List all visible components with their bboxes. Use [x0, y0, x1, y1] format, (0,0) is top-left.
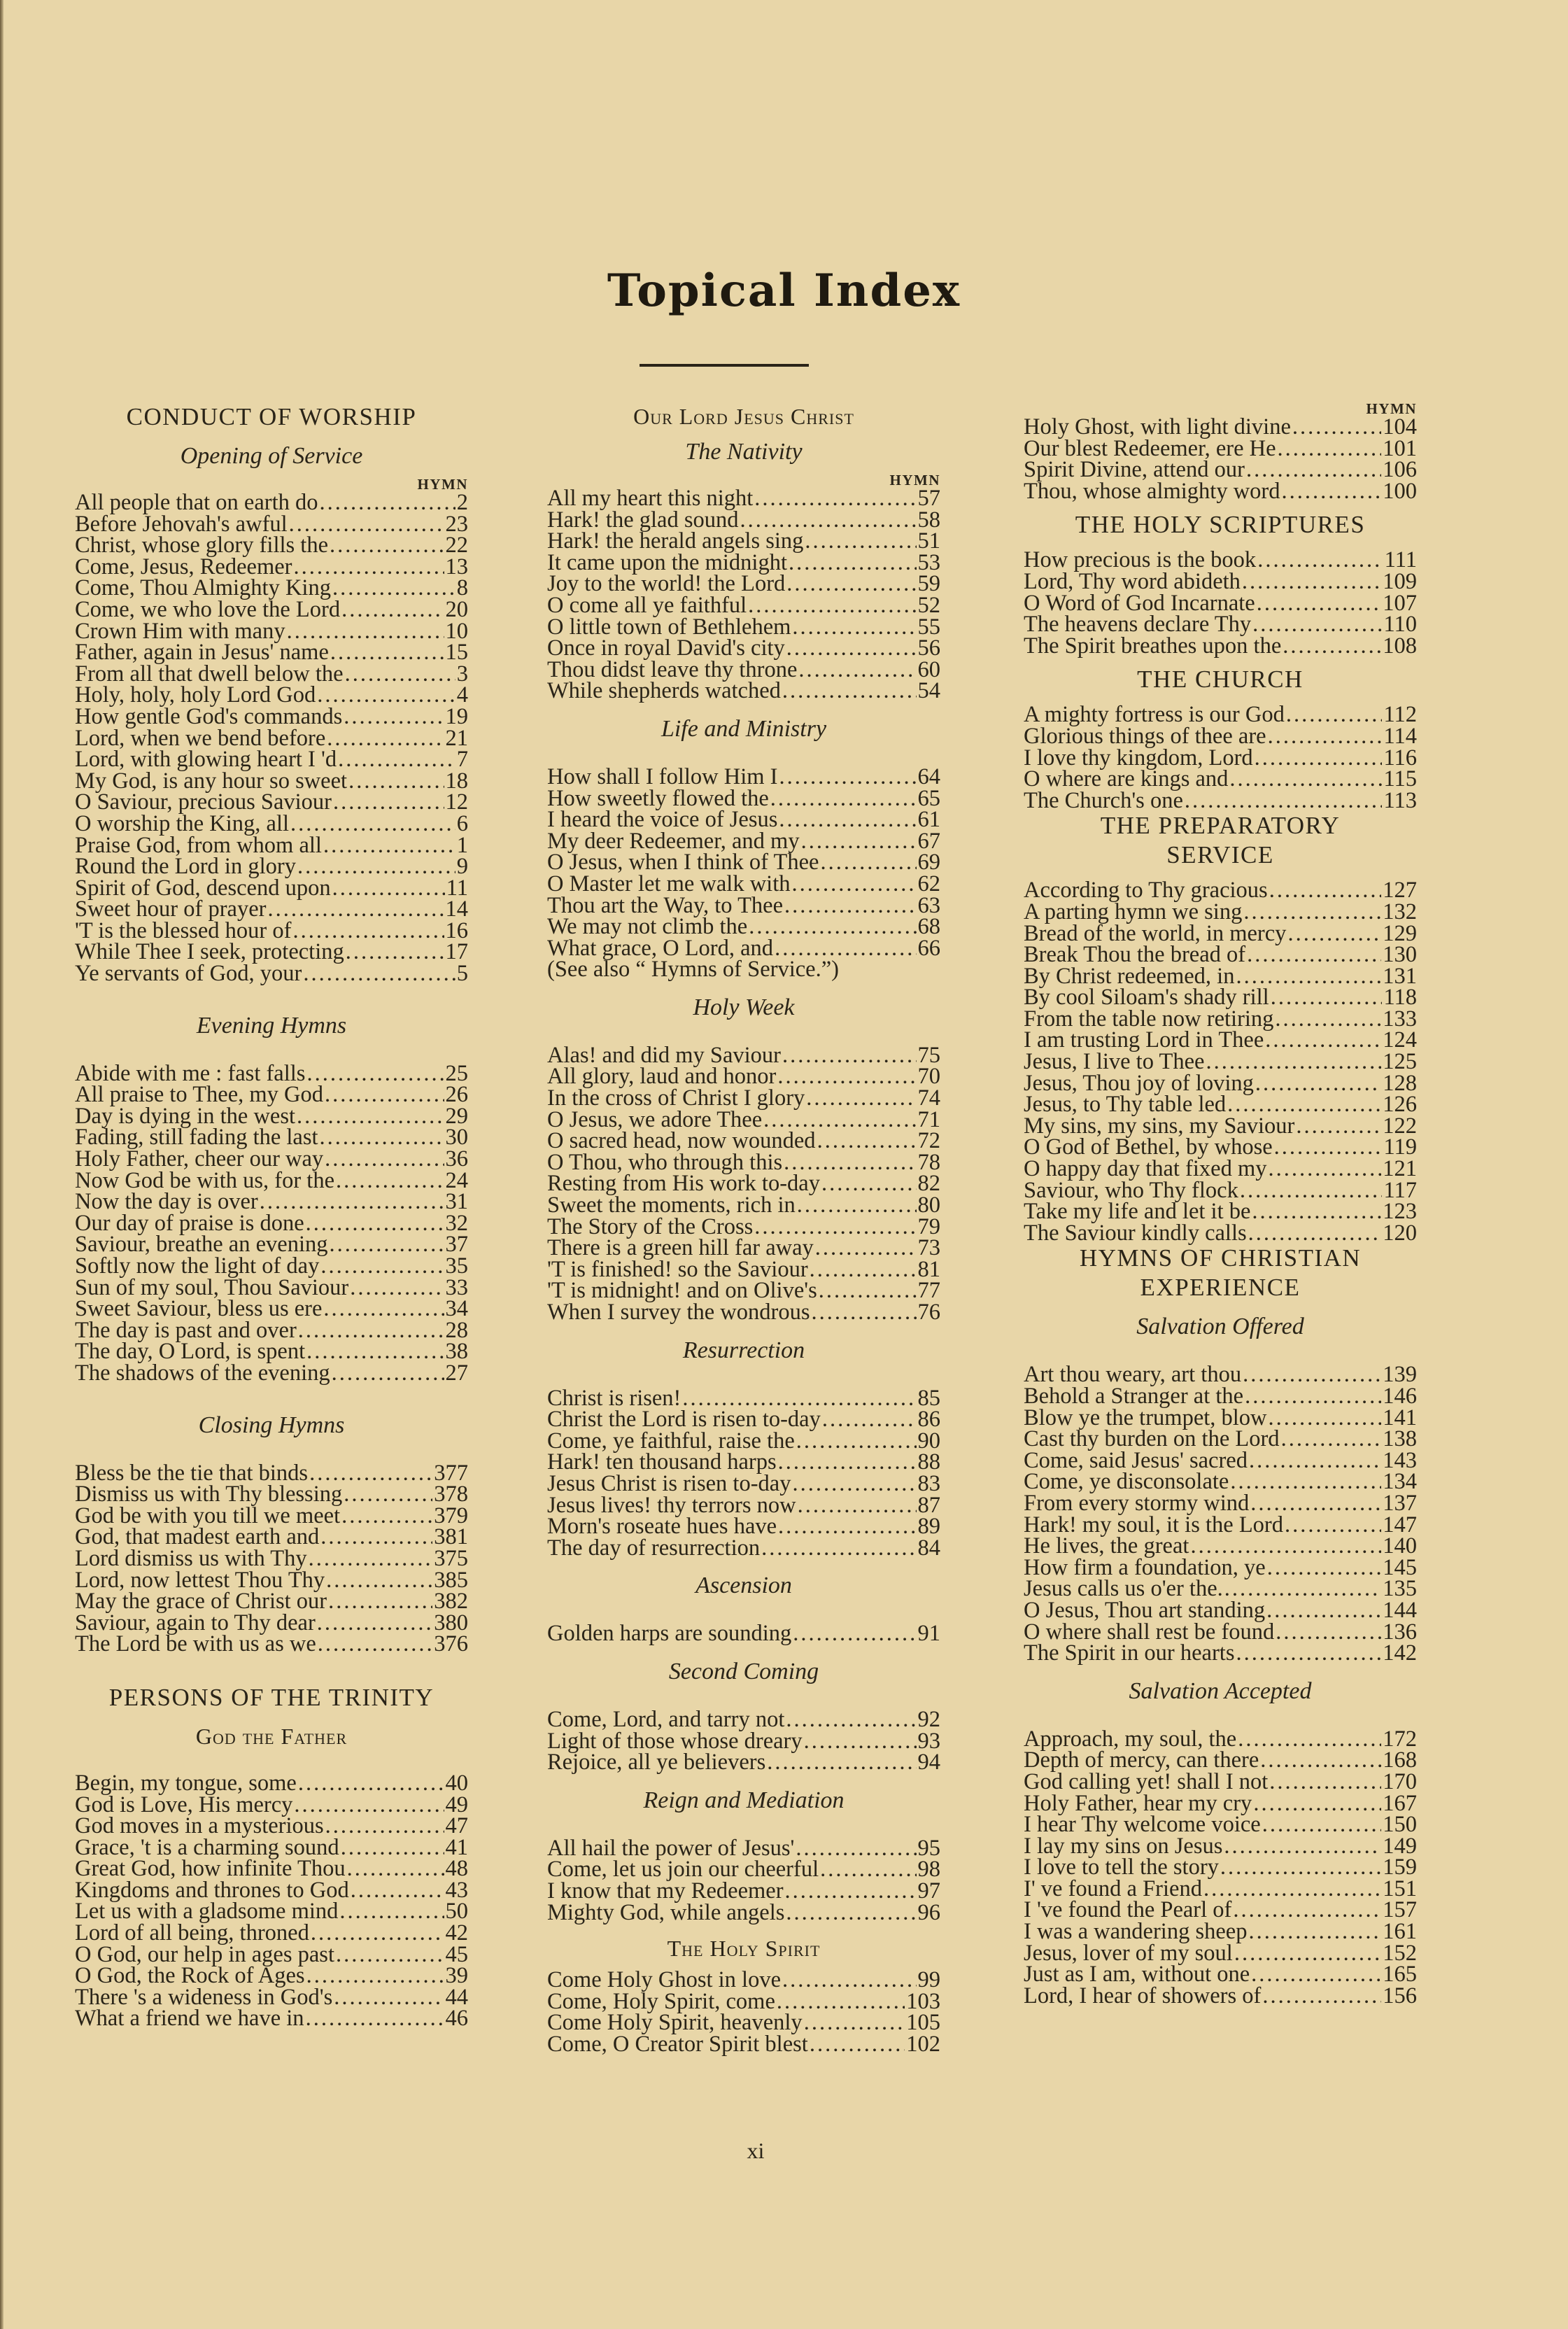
hymn-title: Lord, I hear of showers of [1024, 1985, 1261, 2007]
index-entry[interactable]: Hark! ten thousand harps88 [547, 1451, 940, 1473]
index-entry[interactable]: Bread of the world, in mercy129 [1024, 923, 1417, 945]
hymn-number: 83 [918, 1473, 941, 1495]
index-entry[interactable]: All glory, laud and honor70 [547, 1066, 940, 1088]
hymn-number: 27 [446, 1363, 469, 1384]
index-entry[interactable]: My deer Redeemer, and my67 [547, 831, 940, 852]
hymn-number: 135 [1383, 1578, 1417, 1600]
dot-leader [682, 1388, 916, 1409]
index-entry[interactable]: I lay my sins on Jesus149 [1024, 1836, 1417, 1857]
index-entry[interactable]: Our blest Redeemer, ere He101 [1024, 438, 1417, 460]
index-entry[interactable]: Come, ye disconsolate134 [1024, 1471, 1417, 1493]
hymn-title: Bread of the world, in mercy [1024, 923, 1286, 945]
hymn-title: Just as I am, without one [1024, 1964, 1250, 1985]
index-entry[interactable]: Jesus calls us o'er the.135 [1024, 1578, 1417, 1600]
index-entry[interactable]: Resting from His work to-day82 [547, 1173, 940, 1195]
index-entry[interactable]: Come, Jesus, Redeemer13 [75, 556, 468, 578]
hymn-title: Christ the Lord is risen to-day [547, 1409, 821, 1430]
hymn-title: All people that on earth do [75, 492, 318, 514]
index-entry[interactable]: The Spirit breathes upon the108 [1024, 635, 1417, 657]
dot-leader [309, 1463, 432, 1484]
dot-leader [1252, 1201, 1381, 1223]
index-entry[interactable]: Hark! the glad sound58 [547, 509, 940, 531]
index-entry[interactable]: From every stormy wind137 [1024, 1493, 1417, 1514]
index-entry[interactable]: God, that madest earth and381 [75, 1526, 468, 1548]
hymn-number: 12 [446, 791, 469, 813]
index-entry[interactable]: All people that on earth do2 [75, 492, 468, 514]
hymn-title: Sweet hour of prayer [75, 899, 266, 920]
section-heading: THE HOLY SCRIPTURES [1024, 510, 1417, 540]
index-entry[interactable]: I am trusting Lord in Thee124 [1024, 1029, 1417, 1051]
index-entry[interactable]: Once in royal David's city56 [547, 638, 940, 659]
dot-leader [779, 766, 916, 788]
index-entry[interactable]: 'T is the blessed hour of16 [75, 920, 468, 942]
index-entry[interactable]: I' ve found a Friend151 [1024, 1878, 1417, 1900]
hymn-number: 385 [434, 1570, 468, 1591]
hymn-title: Saviour, again to Thy dear [75, 1612, 316, 1634]
index-entry[interactable]: Sweet Saviour, bless us ere34 [75, 1298, 468, 1320]
index-entry[interactable]: Softly now the light of day35 [75, 1255, 468, 1277]
hymn-title: 'T is the blessed hour of [75, 920, 291, 942]
index-entry[interactable]: There is a green hill far away73 [547, 1237, 940, 1259]
hymn-title: Morn's roseate hues have [547, 1516, 777, 1538]
entry-list: Alas! and did my Saviour75All glory, lau… [547, 1045, 940, 1323]
dot-leader [822, 1409, 917, 1430]
hymn-number: 72 [918, 1130, 941, 1152]
index-entry[interactable]: Sweet hour of prayer14 [75, 899, 468, 920]
index-entry[interactable]: Thou, whose almighty word100 [1024, 481, 1417, 502]
hymn-title: O Jesus, when I think of Thee [547, 852, 819, 873]
hymn-title: Now the day is over [75, 1191, 258, 1213]
hymn-number: 42 [446, 1922, 469, 1944]
index-entry[interactable]: God be with you till we meet379 [75, 1505, 468, 1527]
index-entry[interactable]: May the grace of Christ our382 [75, 1591, 468, 1612]
dot-leader [341, 1505, 432, 1527]
index-entry[interactable]: The day of resurrection84 [547, 1538, 940, 1559]
index-entry[interactable]: Kingdoms and thrones to God43 [75, 1880, 468, 1901]
hymn-number: 94 [918, 1752, 941, 1773]
index-entry[interactable]: Day is dying in the west29 [75, 1106, 468, 1127]
hymn-title: Joy to the world! the Lord [547, 573, 785, 595]
hymn-number: 101 [1383, 438, 1417, 460]
hymn-number: 102 [906, 2034, 940, 2055]
hymn-title: God calling yet! shall I not [1024, 1771, 1268, 1793]
dot-leader [1260, 1750, 1381, 1771]
index-entry[interactable]: Lord, now lettest Thou Thy385 [75, 1570, 468, 1591]
index-entry[interactable]: I heard the voice of Jesus61 [547, 809, 940, 831]
index-entry[interactable]: O where shall rest be found136 [1024, 1621, 1417, 1643]
subsection-heading: Closing Hymns [75, 1411, 468, 1440]
section-heading: THE CHURCH [1024, 665, 1417, 694]
index-entry[interactable]: Holy Father, hear my cry167 [1024, 1793, 1417, 1815]
index-entry[interactable]: How precious is the book111 [1024, 549, 1417, 571]
hymn-number: 1 [457, 835, 468, 857]
hymn-number: 98 [918, 1859, 941, 1880]
subsection-heading: Salvation Offered [1024, 1312, 1417, 1342]
index-entry[interactable]: God calling yet! shall I not170 [1024, 1771, 1417, 1793]
hymn-number: 139 [1383, 1364, 1417, 1386]
dot-leader [1296, 1116, 1381, 1137]
index-entry[interactable]: Hark! the herald angels sing51 [547, 530, 940, 552]
index-entry[interactable]: Jesus, Thou joy of loving128 [1024, 1073, 1417, 1095]
index-entry[interactable]: Come, said Jesus' sacred143 [1024, 1450, 1417, 1472]
index-entry[interactable]: Before Jehovah's awful23 [75, 514, 468, 535]
index-entry[interactable]: 'T is midnight! and on Olive's77 [547, 1280, 940, 1302]
dot-leader [819, 1280, 917, 1302]
hymn-number: 124 [1383, 1029, 1417, 1051]
hymn-number: 52 [918, 595, 941, 617]
index-entry[interactable]: Holy Ghost, with light divine104 [1024, 416, 1417, 438]
index-entry[interactable]: It came upon the midnight53 [547, 552, 940, 574]
dot-leader [1281, 481, 1381, 502]
hymn-number: 170 [1383, 1771, 1417, 1793]
dot-leader [1249, 1450, 1381, 1472]
index-entry[interactable]: Sweet the moments, rich in80 [547, 1195, 940, 1216]
index-entry[interactable]: The Church's one113 [1024, 790, 1417, 812]
dot-leader [326, 1570, 432, 1591]
index-entry[interactable]: Saviour, breathe an evening37 [75, 1234, 468, 1255]
hymn-number: 63 [918, 895, 941, 917]
index-entry[interactable]: Bless be the tie that binds377 [75, 1463, 468, 1484]
hymn-title: The Lord be with us as we [75, 1633, 316, 1655]
index-entry[interactable]: Take my life and let it be123 [1024, 1201, 1417, 1223]
dot-leader [317, 684, 455, 706]
index-entry[interactable]: Come Holy Spirit, heavenly105 [547, 2012, 940, 2034]
index-entry[interactable]: He lives, the great140 [1024, 1535, 1417, 1557]
hymn-number: 381 [434, 1526, 468, 1548]
index-entry[interactable]: Hark! my soul, it is the Lord147 [1024, 1514, 1417, 1536]
dot-leader [306, 1341, 444, 1363]
index-entry[interactable]: My sins, my sins, my Saviour122 [1024, 1116, 1417, 1137]
hymn-number: 125 [1383, 1051, 1417, 1073]
index-entry[interactable]: O Saviour, precious Saviour12 [75, 791, 468, 813]
index-entry[interactable]: How gentle God's commands19 [75, 706, 468, 728]
dot-leader [1248, 1921, 1381, 1943]
hymn-number: 54 [918, 680, 941, 702]
hymn-number: 91 [918, 1623, 941, 1645]
hymn-title: O worship the King, all [75, 813, 289, 835]
index-entry[interactable]: Lord dismiss us with Thy375 [75, 1548, 468, 1570]
index-entry[interactable]: Jesus, to Thy table led126 [1024, 1094, 1417, 1116]
dot-leader [1269, 880, 1382, 901]
index-entry[interactable]: My God, is any hour so sweet18 [75, 771, 468, 792]
index-entry[interactable]: I 've found the Pearl of157 [1024, 1899, 1417, 1921]
hymn-number: 41 [446, 1837, 469, 1859]
index-entry[interactable]: Great God, how infinite Thou48 [75, 1858, 468, 1880]
index-entry[interactable]: Lord of all being, throned42 [75, 1922, 468, 1944]
dot-leader [1242, 571, 1381, 593]
index-entry[interactable]: O God of Bethel, by whose119 [1024, 1137, 1417, 1158]
hymn-title: Holy, holy, holy Lord God [75, 684, 316, 706]
index-entry[interactable]: Lord, when we bend before21 [75, 728, 468, 750]
dot-leader [341, 1837, 444, 1859]
hymn-number: 75 [918, 1045, 941, 1067]
dot-leader [820, 1859, 916, 1880]
index-entry[interactable]: How firm a foundation, ye145 [1024, 1557, 1417, 1579]
index-entry[interactable]: While Thee I seek, protecting17 [75, 941, 468, 963]
index-entry[interactable]: Art thou weary, art thou139 [1024, 1364, 1417, 1386]
hymn-number: 20 [446, 599, 469, 621]
hymn-number: 39 [446, 1965, 469, 1987]
index-entry[interactable]: All hail the power of Jesus'95 [547, 1838, 940, 1859]
index-entry[interactable]: Just as I am, without one165 [1024, 1964, 1417, 1985]
hymn-number: 58 [918, 509, 941, 531]
dot-leader [332, 878, 445, 899]
index-entry[interactable]: How sweetly flowed the65 [547, 788, 940, 810]
index-entry[interactable]: Holy Father, cheer our way36 [75, 1148, 468, 1170]
index-entry[interactable]: The shadows of the evening27 [75, 1363, 468, 1384]
hymn-number: 80 [918, 1195, 941, 1216]
hymn-title: Come, Jesus, Redeemer [75, 556, 292, 578]
index-entry[interactable]: O Word of God Incarnate107 [1024, 593, 1417, 614]
index-entry[interactable]: Lord, Thy word abideth109 [1024, 571, 1417, 593]
index-entry[interactable]: O where are kings and115 [1024, 768, 1417, 790]
index-entry[interactable]: Come, Thou Almighty King8 [75, 577, 468, 599]
hymn-title: The Story of the Cross [547, 1216, 753, 1238]
hymn-title: Once in royal David's city [547, 638, 785, 659]
hymn-title: Approach, my soul, the [1024, 1729, 1236, 1750]
index-entry[interactable]: The Spirit in our hearts142 [1024, 1642, 1417, 1664]
hymn-number: 165 [1383, 1964, 1417, 1985]
dot-leader [341, 599, 444, 621]
index-entry[interactable]: Our day of praise is done32 [75, 1213, 468, 1234]
index-entry[interactable]: What a friend we have in46 [75, 2008, 468, 2029]
index-entry[interactable]: Thou art the Way, to Thee63 [547, 895, 940, 917]
hymn-number: 49 [446, 1794, 469, 1816]
index-entry[interactable]: 'T is finished! so the Saviour81 [547, 1259, 940, 1281]
index-entry[interactable]: O Jesus, Thou art standing144 [1024, 1600, 1417, 1621]
index-entry[interactable]: O sacred head, now wounded72 [547, 1130, 940, 1152]
dot-leader [806, 1088, 916, 1109]
index-entry[interactable]: Saviour, again to Thy dear380 [75, 1612, 468, 1634]
index-entry[interactable]: Golden harps are sounding91 [547, 1623, 940, 1645]
hymn-title: Holy Ghost, with light divine [1024, 416, 1291, 438]
hymn-title: Great God, how infinite Thou [75, 1858, 346, 1880]
hymn-title: Thou didst leave thy throne [547, 659, 797, 681]
index-entry[interactable]: Mighty God, while angels96 [547, 1902, 940, 1924]
index-entry[interactable]: O little town of Bethlehem55 [547, 617, 940, 638]
hymn-title: Cast thy burden on the Lord [1024, 1428, 1280, 1450]
index-entry[interactable]: Rejoice, all ye believers94 [547, 1752, 940, 1773]
index-entry[interactable]: Blow ye the trumpet, blow141 [1024, 1407, 1417, 1429]
hymn-number: 108 [1383, 635, 1417, 657]
hymn-title: Dismiss us with Thy blessing [75, 1484, 342, 1505]
index-entry[interactable]: All praise to Thee, my God26 [75, 1084, 468, 1106]
hymn-number: 14 [446, 899, 469, 920]
index-entry[interactable]: I hear Thy welcome voice150 [1024, 1814, 1417, 1836]
dot-leader [311, 1922, 444, 1944]
index-entry[interactable]: Morn's roseate hues have89 [547, 1516, 940, 1538]
dot-leader [792, 617, 916, 638]
index-entry[interactable]: The day is past and over28 [75, 1320, 468, 1342]
index-entry[interactable]: Dismiss us with Thy blessing378 [75, 1484, 468, 1505]
index-entry[interactable]: While shepherds watched54 [547, 680, 940, 702]
index-entry[interactable]: From the table now retiring133 [1024, 1008, 1417, 1030]
index-entry[interactable]: Come, Lord, and tarry not92 [547, 1709, 940, 1731]
index-entry[interactable]: Come, ye faithful, raise the90 [547, 1430, 940, 1452]
index-entry[interactable]: Spirit Divine, attend our106 [1024, 459, 1417, 481]
index-entry[interactable]: Behold a Stranger at the146 [1024, 1386, 1417, 1407]
hymn-number: 126 [1383, 1094, 1417, 1116]
index-entry[interactable]: O come all ye faithful52 [547, 595, 940, 617]
index-entry[interactable]: Come, let us join our cheerful98 [547, 1859, 940, 1880]
hymn-number: 92 [918, 1709, 941, 1731]
index-entry[interactable]: Fading, still fading the last30 [75, 1127, 468, 1148]
index-entry[interactable]: All my heart this night57 [547, 488, 940, 509]
dot-leader [318, 1633, 432, 1655]
index-entry[interactable]: Thou didst leave thy throne60 [547, 659, 940, 681]
index-entry[interactable]: Christ is risen!85 [547, 1388, 940, 1409]
dot-leader [348, 771, 444, 792]
index-entry[interactable]: We may not climb the68 [547, 916, 940, 938]
index-entry[interactable]: The Lord be with us as we376 [75, 1633, 468, 1655]
index-entry[interactable]: What grace, O Lord, and66 [547, 938, 940, 959]
index-entry[interactable]: Jesus, I live to Thee125 [1024, 1051, 1417, 1073]
index-entry[interactable]: Cast thy burden on the Lord138 [1024, 1428, 1417, 1450]
hymn-number: 68 [918, 916, 941, 938]
index-entry[interactable]: A parting hymn we sing132 [1024, 901, 1417, 923]
index-entry[interactable]: By cool Siloam's shady rill118 [1024, 987, 1417, 1008]
dot-leader [289, 514, 444, 535]
index-entry[interactable]: Father, again in Jesus' name15 [75, 642, 468, 663]
index-entry[interactable]: Spirit of God, descend upon11 [75, 878, 468, 899]
index-entry[interactable]: Light of those whose dreary93 [547, 1731, 940, 1752]
hymn-title: O Saviour, precious Saviour [75, 791, 332, 813]
index-entry[interactable]: O Jesus, when I think of Thee69 [547, 852, 940, 873]
hymn-title: O God, the Rock of Ages [75, 1965, 305, 1987]
index-entry[interactable]: Jesus, lover of my soul152 [1024, 1943, 1417, 1964]
index-entry[interactable]: In the cross of Christ I glory74 [547, 1088, 940, 1109]
index-entry[interactable]: O God, the Rock of Ages39 [75, 1965, 468, 1987]
index-entry[interactable]: O Jesus, we adore Thee71 [547, 1109, 940, 1131]
index-entry[interactable]: Alas! and did my Saviour75 [547, 1045, 940, 1067]
index-entry[interactable]: Jesus Christ is risen to-day83 [547, 1473, 940, 1495]
index-entry[interactable]: The day, O Lord, is spent38 [75, 1341, 468, 1363]
index-entry[interactable]: Joy to the world! the Lord59 [547, 573, 940, 595]
index-entry[interactable]: Jesus lives! thy terrors now87 [547, 1495, 940, 1517]
index-entry[interactable]: A mighty fortress is our God112 [1024, 704, 1417, 726]
index-entry[interactable]: I was a wandering sheep161 [1024, 1921, 1417, 1943]
index-entry[interactable]: I know that my Redeemer97 [547, 1880, 940, 1902]
hymn-title: 'T is finished! so the Saviour [547, 1259, 808, 1281]
subsection-heading: Life and Ministry [547, 715, 940, 744]
index-entry[interactable]: According to Thy gracious127 [1024, 880, 1417, 901]
index-entry[interactable]: I love thy kingdom, Lord116 [1024, 747, 1417, 769]
index-entry[interactable]: Begin, my tongue, some40 [75, 1773, 468, 1794]
dot-leader [1257, 549, 1383, 571]
hymn-title: I lay my sins on Jesus [1024, 1836, 1222, 1857]
index-entry[interactable]: Lord, with glowing heart I 'd7 [75, 749, 468, 771]
index-entry[interactable]: There 's a wideness in God's44 [75, 1987, 468, 2008]
hymn-title: Crown Him with many [75, 621, 285, 642]
index-entry[interactable]: Come Holy Ghost in love99 [547, 1969, 940, 1991]
index-entry[interactable]: Saviour, who Thy flock117 [1024, 1180, 1417, 1202]
index-entry[interactable]: Break Thou the bread of130 [1024, 944, 1417, 966]
index-entry[interactable]: Round the Lord in glory9 [75, 856, 468, 878]
dot-leader [292, 920, 444, 942]
hymn-title: Jesus lives! thy terrors now [547, 1495, 796, 1517]
index-entry[interactable]: Now God be with us, for the24 [75, 1170, 468, 1192]
index-entry[interactable]: Sun of my soul, Thou Saviour33 [75, 1277, 468, 1299]
index-entry[interactable]: Praise God, from whom all1 [75, 835, 468, 857]
index-entry[interactable]: The Story of the Cross79 [547, 1216, 940, 1238]
index-entry[interactable]: Come, Holy Spirit, come103 [547, 1991, 940, 2013]
dot-leader [786, 1709, 916, 1731]
dot-leader [320, 1526, 432, 1548]
index-entry[interactable]: God moves in a mysterious47 [75, 1815, 468, 1837]
index-entry[interactable]: By Christ redeemed, in131 [1024, 966, 1417, 987]
hymn-title: The day of resurrection [547, 1538, 760, 1559]
index-entry[interactable]: Christ the Lord is risen to-day86 [547, 1409, 940, 1430]
dot-leader [306, 2008, 444, 2029]
dot-leader [320, 1255, 444, 1277]
index-entry[interactable]: Come, we who love the Lord20 [75, 599, 468, 621]
dot-leader [777, 1066, 916, 1088]
hymn-number: 167 [1383, 1793, 1417, 1815]
hymn-number: 25 [446, 1063, 469, 1085]
dot-leader [287, 621, 444, 642]
index-entry[interactable]: Now the day is over31 [75, 1191, 468, 1213]
index-entry[interactable]: Holy, holy, holy Lord God4 [75, 684, 468, 706]
subsection-heading: Salvation Accepted [1024, 1677, 1417, 1706]
index-entry[interactable]: Approach, my soul, the172 [1024, 1729, 1417, 1750]
index-entry[interactable]: Grace, 't is a charming sound41 [75, 1837, 468, 1859]
index-entry[interactable]: Crown Him with many10 [75, 621, 468, 642]
index-entry[interactable]: How shall I follow Him I64 [547, 766, 940, 788]
hymn-title: Come Holy Ghost in love [547, 1969, 781, 1991]
hymn-title: O sacred head, now wounded [547, 1130, 816, 1152]
index-entry[interactable]: From all that dwell below the3 [75, 663, 468, 685]
dot-leader [763, 1109, 916, 1131]
hymn-number: 118 [1383, 987, 1417, 1008]
dot-leader [330, 642, 444, 663]
dot-leader [786, 573, 916, 595]
hymn-title: Saviour, breathe an evening [75, 1234, 327, 1255]
dot-leader [777, 1991, 905, 2013]
hymn-title: Art thou weary, art thou [1024, 1364, 1241, 1386]
hymn-number: 73 [918, 1237, 941, 1259]
index-entry[interactable]: O Thou, who through this78 [547, 1152, 940, 1174]
index-entry[interactable]: The Saviour kindly calls120 [1024, 1223, 1417, 1244]
hymn-number: 70 [918, 1066, 941, 1088]
hymn-title: O little town of Bethlehem [547, 617, 791, 638]
subsection-heading: Resurrection [547, 1336, 940, 1365]
index-entry[interactable]: When I survey the wondrous76 [547, 1302, 940, 1323]
hymn-number: 168 [1383, 1750, 1417, 1771]
hymn-title: Light of those whose dreary [547, 1731, 803, 1752]
index-entry[interactable]: I love to tell the story159 [1024, 1857, 1417, 1878]
index-entry[interactable]: Let us with a gladsome mind50 [75, 1901, 468, 1922]
index-entry[interactable]: Ye servants of God, your5 [75, 963, 468, 985]
index-entry[interactable]: Depth of mercy, can there168 [1024, 1750, 1417, 1771]
index-entry[interactable]: Christ, whose glory fills the22 [75, 535, 468, 556]
index-entry[interactable]: Lord, I hear of showers of156 [1024, 1985, 1417, 2007]
index-entry[interactable]: Come, O Creator Spirit blest102 [547, 2034, 940, 2055]
index-entry[interactable]: Glorious things of thee are114 [1024, 726, 1417, 747]
index-entry[interactable]: Abide with me : fast falls25 [75, 1063, 468, 1085]
index-entry[interactable]: The heavens declare Thy110 [1024, 614, 1417, 635]
hymn-number: 13 [446, 556, 469, 578]
index-entry[interactable]: O worship the King, all6 [75, 813, 468, 835]
index-entry[interactable]: God is Love, His mercy49 [75, 1794, 468, 1816]
hymn-number: 96 [918, 1902, 941, 1924]
hymn-title: How gentle God's commands [75, 706, 342, 728]
dot-leader [1251, 1964, 1381, 1985]
index-entry[interactable]: O God, our help in ages past45 [75, 1944, 468, 1966]
index-entry[interactable]: O happy day that fixed my121 [1024, 1158, 1417, 1180]
dot-leader [1281, 1428, 1382, 1450]
index-entry[interactable]: O Master let me walk with62 [547, 873, 940, 895]
hymn-number: 77 [918, 1280, 941, 1302]
